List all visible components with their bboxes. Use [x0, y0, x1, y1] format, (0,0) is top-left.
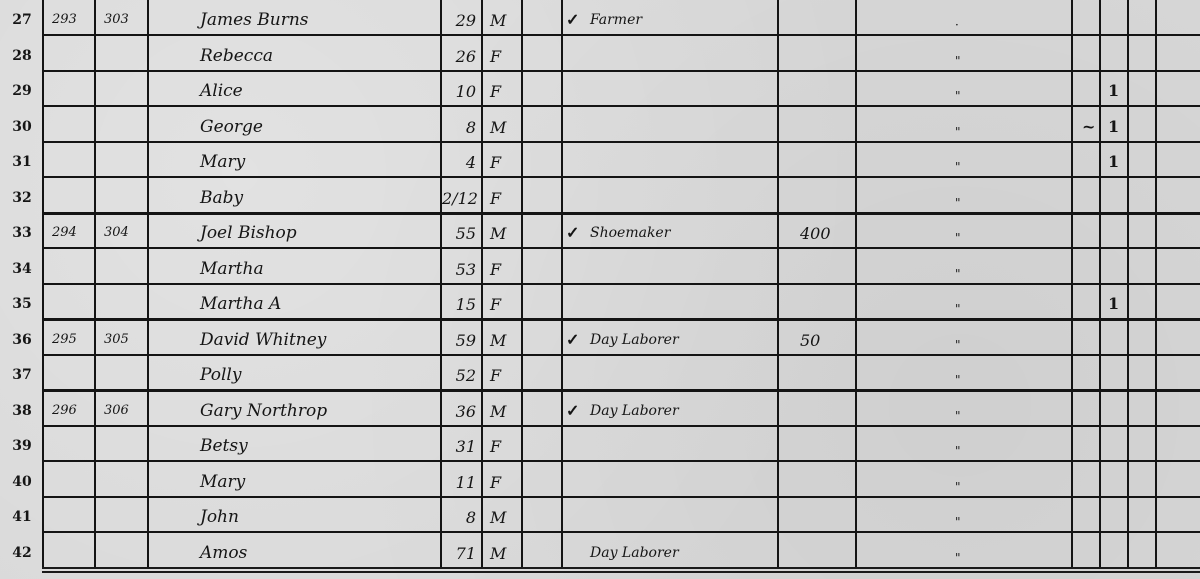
real-estate-value: 400: [800, 224, 831, 243]
birthplace-ditto: ": [955, 480, 961, 494]
line-number: 37: [4, 367, 40, 383]
sex-value: M: [490, 544, 506, 563]
birthplace-ditto: ": [955, 267, 961, 281]
birthplace-ditto: ": [955, 54, 961, 68]
sex-value: F: [490, 473, 501, 492]
birthplace-ditto: ": [955, 515, 961, 529]
age-value: 10: [442, 82, 476, 101]
occupation-check-mark: ✓: [566, 330, 579, 349]
real-estate-value: 50: [800, 331, 820, 350]
census-page: 27293303James Burns29M✓Farmer·28Rebecca2…: [0, 0, 1200, 579]
person-name: Alice: [200, 81, 243, 101]
sex-value: M: [490, 402, 506, 421]
family-number: 303: [104, 12, 129, 27]
birthplace-ditto: ": [955, 89, 961, 103]
row-rule: [42, 70, 1200, 72]
sex-value: F: [490, 295, 501, 314]
age-value: 2/12: [442, 189, 476, 208]
school-tally-mark: 1: [1108, 294, 1119, 313]
row-rule: [42, 531, 1200, 533]
line-number: 32: [4, 190, 40, 206]
age-value: 8: [442, 118, 476, 137]
person-name: Rebecca: [200, 46, 273, 66]
person-name: Martha: [200, 259, 264, 279]
school-tally-mark: 1: [1108, 152, 1119, 171]
occupation-value: Day Laborer: [590, 403, 679, 419]
age-value: 8: [442, 508, 476, 527]
occupation-value: Day Laborer: [590, 332, 679, 348]
row-rule: [42, 354, 1200, 356]
sex-value: F: [490, 437, 501, 456]
birthplace-ditto: ·: [955, 18, 959, 32]
age-value: 31: [442, 437, 476, 456]
person-name: Gary Northrop: [200, 401, 327, 421]
occupation-value: Farmer: [590, 12, 642, 28]
sex-value: M: [490, 224, 506, 243]
line-number: 35: [4, 296, 40, 312]
sex-value: M: [490, 118, 506, 137]
age-value: 52: [442, 366, 476, 385]
sex-value: F: [490, 366, 501, 385]
occupation-value: Day Laborer: [590, 545, 679, 561]
line-number: 30: [4, 119, 40, 135]
age-value: 4: [442, 153, 476, 172]
birthplace-ditto: ": [955, 373, 961, 387]
family-number: 304: [104, 225, 129, 240]
line-number: 40: [4, 474, 40, 490]
age-value: 29: [442, 11, 476, 30]
dwelling-number: 296: [52, 403, 77, 418]
bottom-rule: [42, 567, 1200, 569]
person-name: Mary: [200, 152, 245, 172]
line-number: 41: [4, 509, 40, 525]
sex-value: F: [490, 82, 501, 101]
age-value: 36: [442, 402, 476, 421]
row-rule: [42, 318, 1200, 321]
line-number: 28: [4, 48, 40, 64]
person-name: Betsy: [200, 436, 248, 456]
line-number: 36: [4, 332, 40, 348]
row-rule: [42, 496, 1200, 498]
birthplace-ditto: ": [955, 160, 961, 174]
sex-value: F: [490, 260, 501, 279]
row-rule: [42, 176, 1200, 178]
age-value: 71: [442, 544, 476, 563]
line-number: 39: [4, 438, 40, 454]
sex-value: M: [490, 508, 506, 527]
person-name: Polly: [200, 365, 241, 385]
bottom-rule: [42, 571, 1200, 573]
person-name: George: [200, 117, 263, 137]
row-rule: [42, 389, 1200, 392]
birthplace-ditto: ": [955, 125, 961, 139]
person-name: Martha A: [200, 294, 281, 314]
person-name: Amos: [200, 543, 247, 563]
family-number: 305: [104, 332, 129, 347]
row-rule: [42, 425, 1200, 427]
line-number: 27: [4, 12, 40, 28]
birthplace-ditto: ": [955, 409, 961, 423]
sex-value: M: [490, 331, 506, 350]
school-tally-mark: 1: [1108, 81, 1119, 100]
birthplace-ditto: ": [955, 338, 961, 352]
dwelling-number: 293: [52, 12, 77, 27]
person-name: John: [200, 507, 239, 527]
occupation-check-mark: ✓: [566, 223, 579, 242]
sex-value: F: [490, 153, 501, 172]
sex-value: F: [490, 47, 501, 66]
sex-value: M: [490, 11, 506, 30]
occupation-check-mark: ✓: [566, 401, 579, 420]
line-number: 42: [4, 545, 40, 561]
occupation-check-mark: ✓: [566, 10, 579, 29]
occupation-value: Shoemaker: [590, 225, 670, 241]
school-tally-mark: 1: [1108, 117, 1119, 136]
line-number: 29: [4, 83, 40, 99]
line-number: 34: [4, 261, 40, 277]
line-number: 38: [4, 403, 40, 419]
row-rule: [42, 141, 1200, 143]
family-number: 306: [104, 403, 129, 418]
person-name: James Burns: [200, 10, 309, 30]
row-rule: [42, 283, 1200, 285]
row-rule: [42, 212, 1200, 215]
sex-value: F: [490, 189, 501, 208]
row-rule: [42, 460, 1200, 462]
line-number: 33: [4, 225, 40, 241]
birthplace-ditto: ": [955, 551, 961, 565]
birthplace-ditto: ": [955, 196, 961, 210]
birthplace-ditto: ": [955, 444, 961, 458]
dwelling-number: 295: [52, 332, 77, 347]
age-value: 11: [442, 473, 476, 492]
birthplace-ditto: ": [955, 302, 961, 316]
row-rule: [42, 34, 1200, 36]
row-rule: [42, 247, 1200, 249]
age-value: 26: [442, 47, 476, 66]
person-name: Mary: [200, 472, 245, 492]
line-number: 31: [4, 154, 40, 170]
person-name: David Whitney: [200, 330, 326, 350]
age-value: 53: [442, 260, 476, 279]
dwelling-number: 294: [52, 225, 77, 240]
row-rule: [42, 105, 1200, 107]
person-name: Joel Bishop: [200, 223, 297, 243]
age-value: 59: [442, 331, 476, 350]
age-value: 55: [442, 224, 476, 243]
married-tally-mark: ~: [1082, 117, 1095, 136]
age-value: 15: [442, 295, 476, 314]
person-name: Baby: [200, 188, 243, 208]
birthplace-ditto: ": [955, 231, 961, 245]
